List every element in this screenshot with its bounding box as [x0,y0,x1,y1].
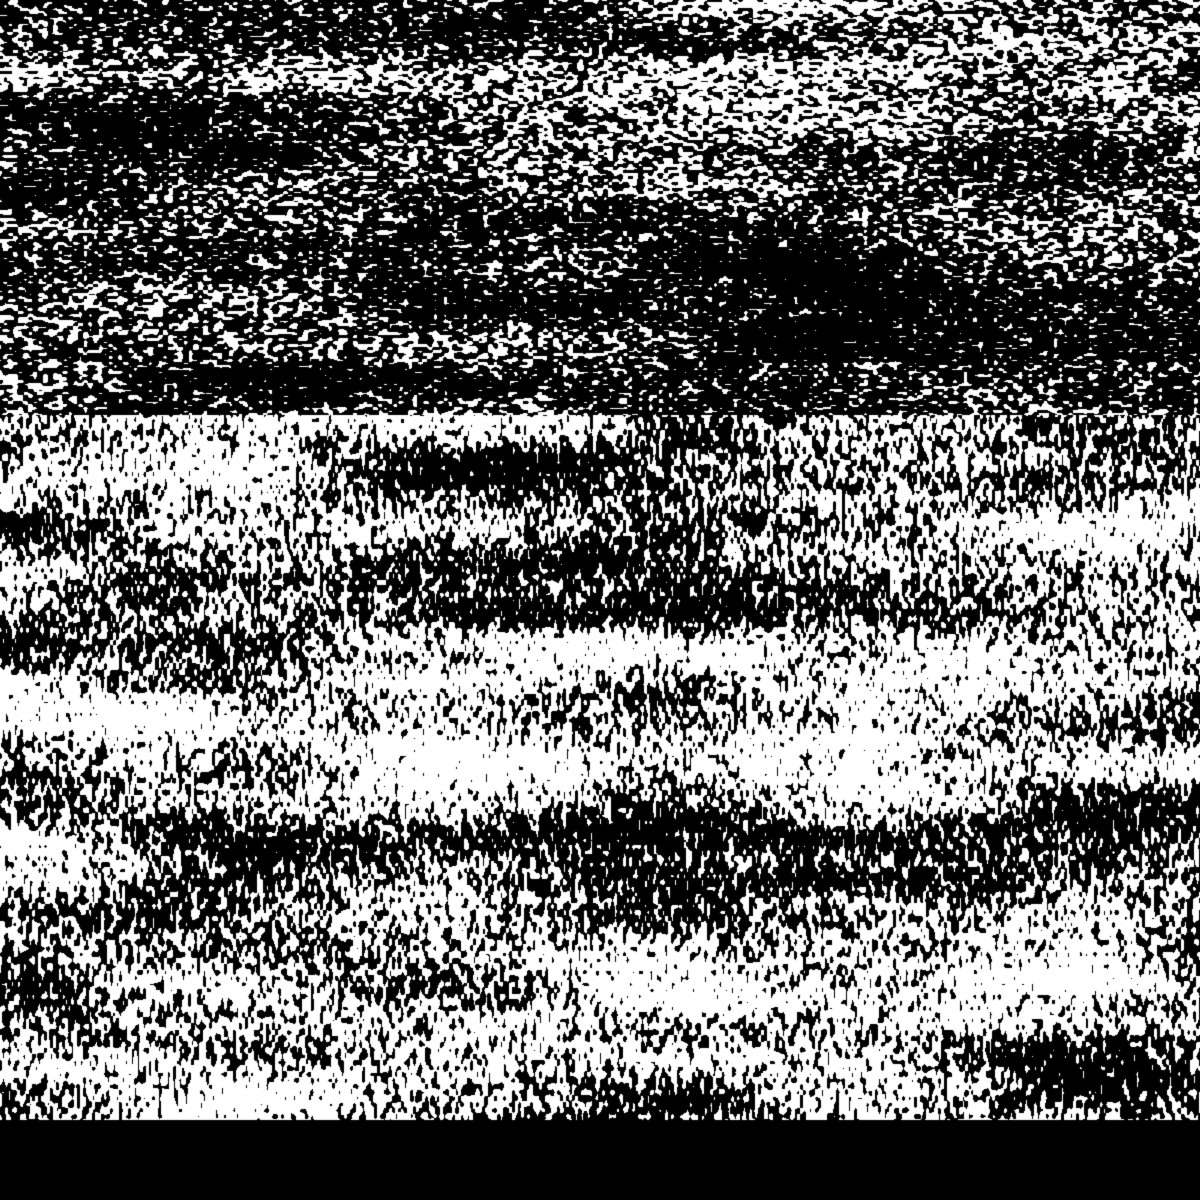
dithered-field-canvas [0,0,1200,1200]
